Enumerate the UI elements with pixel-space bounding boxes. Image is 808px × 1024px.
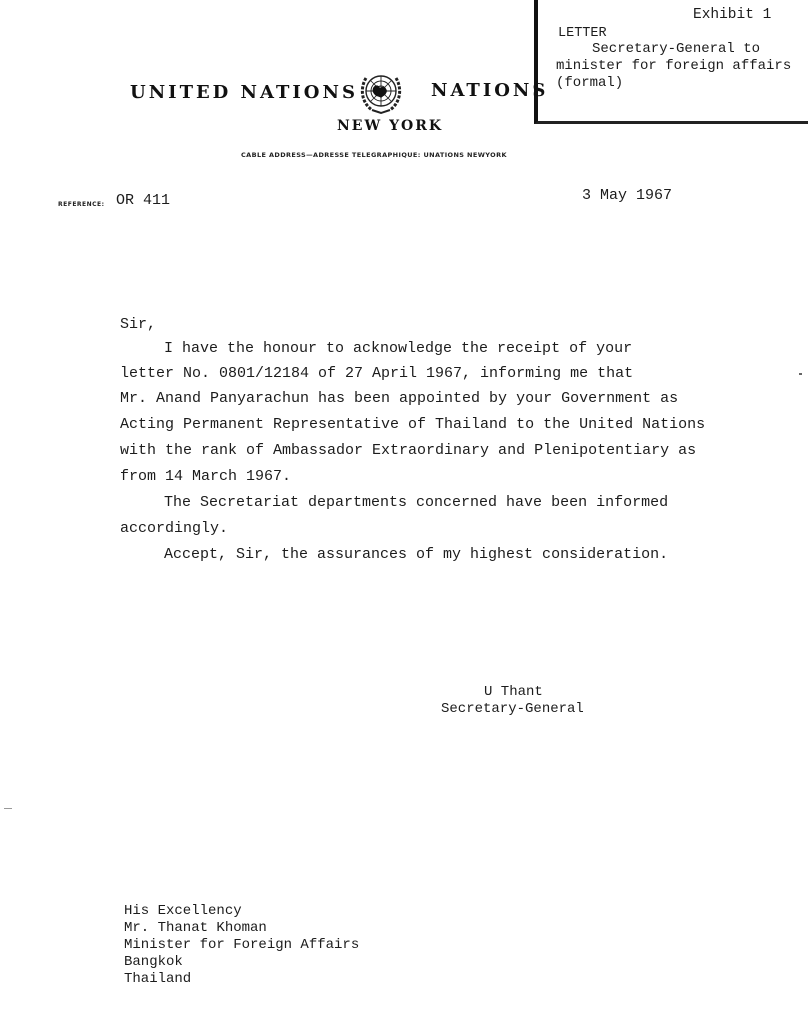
- exhibit-description-line: (formal): [556, 75, 623, 91]
- addressee-line: His Excellency: [124, 903, 242, 919]
- body-line: Mr. Anand Panyarachun has been appointed…: [120, 390, 678, 407]
- organization-name: UNITED NATIONS: [130, 82, 358, 103]
- exhibit-description-line: Secretary-General to: [592, 41, 760, 57]
- exhibit-document-type: LETTER: [558, 26, 607, 41]
- body-line: with the rank of Ambassador Extraordinar…: [120, 442, 696, 459]
- scan-speck: [4, 808, 12, 809]
- signatory-title: Secretary-General: [441, 701, 584, 717]
- addressee-line: Minister for Foreign Affairs: [124, 937, 359, 953]
- body-line: Acting Permanent Representative of Thail…: [120, 416, 705, 433]
- body-line: letter No. 0801/12184 of 27 April 1967, …: [120, 365, 633, 382]
- body-line: accordingly.: [120, 520, 228, 537]
- body-line: from 14 March 1967.: [120, 468, 291, 485]
- reference-number: OR 411: [116, 192, 170, 209]
- closing-line: Accept, Sir, the assurances of my highes…: [164, 546, 668, 563]
- addressee-line: Bangkok: [124, 954, 183, 970]
- body-line: I have the honour to acknowledge the rec…: [164, 340, 632, 357]
- body-line: The Secretariat departments concerned ha…: [164, 494, 668, 511]
- scan-speck: [799, 373, 802, 375]
- letterhead-city: NEW YORK: [337, 118, 443, 134]
- salutation: Sir,: [120, 316, 156, 333]
- reference-label: REFERENCE:: [58, 201, 105, 208]
- organization-name-french: NATIONS: [431, 80, 548, 101]
- signatory-name: U Thant: [484, 684, 543, 700]
- exhibit-label: Exhibit 1: [693, 7, 771, 23]
- addressee-line: Mr. Thanat Khoman: [124, 920, 267, 936]
- letter-date: 3 May 1967: [582, 187, 672, 204]
- addressee-line: Thailand: [124, 971, 191, 987]
- exhibit-description-line: minister for foreign affairs: [556, 58, 791, 74]
- un-emblem-icon: [358, 66, 404, 116]
- cable-address: CABLE ADDRESS—ADRESSE TELEGRAPHIQUE: UNA…: [241, 151, 507, 159]
